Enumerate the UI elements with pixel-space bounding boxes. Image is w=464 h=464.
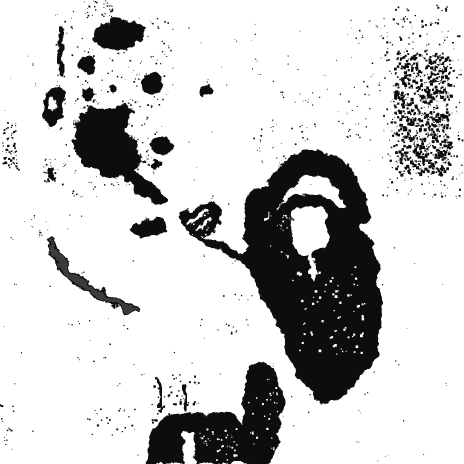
photo-canvas	[0, 0, 464, 464]
hair-wisp-shape	[59, 27, 63, 74]
monochrome-photo-svg	[0, 0, 464, 464]
bottom-band-gap-shape	[183, 432, 195, 464]
